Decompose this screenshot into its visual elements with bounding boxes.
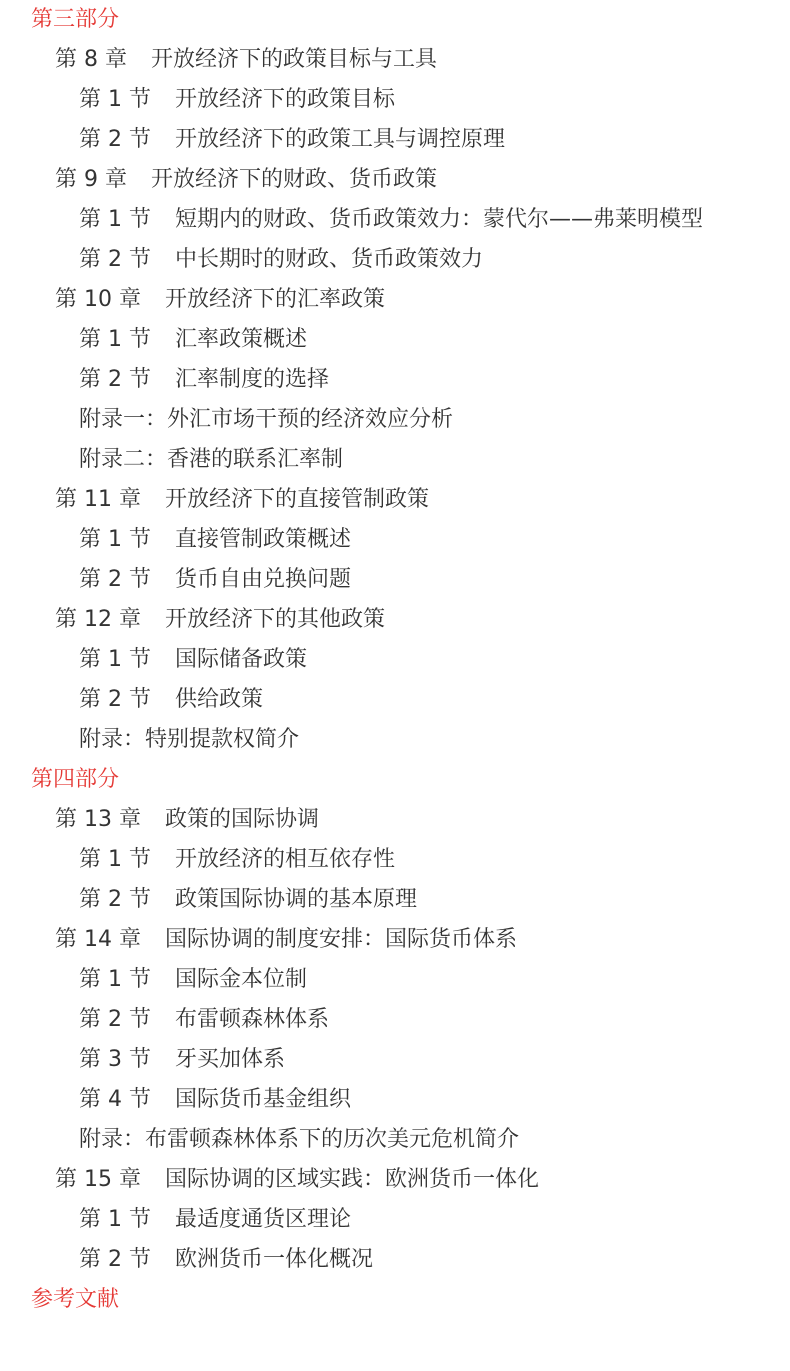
section-title: 供给政策 bbox=[175, 687, 263, 712]
chapter-number: 第 14 章 bbox=[55, 920, 141, 960]
toc-chapter-entry[interactable]: 第 11 章开放经济下的直接管制政策 bbox=[55, 480, 429, 520]
section-number: 第 2 节 bbox=[79, 680, 151, 720]
section-title: 开放经济下的政策工具与调控原理 bbox=[175, 127, 505, 152]
toc-part-heading[interactable]: 第三部分 bbox=[31, 0, 119, 40]
section-number: 第 2 节 bbox=[79, 1000, 151, 1040]
chapter-number: 第 11 章 bbox=[55, 480, 141, 520]
section-number: 第 2 节 bbox=[79, 1240, 151, 1280]
chapter-number: 第 8 章 bbox=[55, 40, 127, 80]
chapter-title: 开放经济下的直接管制政策 bbox=[165, 487, 429, 512]
part-title: 第三部分 bbox=[31, 7, 119, 32]
section-number: 第 2 节 bbox=[79, 120, 151, 160]
part-title: 参考文献 bbox=[31, 1287, 119, 1312]
section-title: 附录：特别提款权简介 bbox=[79, 727, 299, 752]
section-title: 附录二：香港的联系汇率制 bbox=[79, 447, 343, 472]
section-title: 直接管制政策概述 bbox=[175, 527, 351, 552]
toc-section-entry[interactable]: 第 2 节欧洲货币一体化概况 bbox=[79, 1240, 373, 1280]
toc-section-entry[interactable]: 第 2 节中长期时的财政、货币政策效力 bbox=[79, 240, 483, 280]
chapter-number: 第 13 章 bbox=[55, 800, 141, 840]
toc-section-entry[interactable]: 第 2 节开放经济下的政策工具与调控原理 bbox=[79, 120, 505, 160]
section-title: 货币自由兑换问题 bbox=[175, 567, 351, 592]
section-title: 汇率政策概述 bbox=[175, 327, 307, 352]
toc-chapter-entry[interactable]: 第 15 章国际协调的区域实践：欧洲货币一体化 bbox=[55, 1160, 539, 1200]
chapter-title: 政策的国际协调 bbox=[165, 807, 319, 832]
section-number: 第 2 节 bbox=[79, 360, 151, 400]
section-number: 第 1 节 bbox=[79, 840, 151, 880]
toc-section-entry[interactable]: 第 1 节最适度通货区理论 bbox=[79, 1200, 351, 1240]
section-number: 第 1 节 bbox=[79, 640, 151, 680]
toc-section-entry[interactable]: 附录一：外汇市场干预的经济效应分析 bbox=[79, 400, 453, 440]
toc-section-entry[interactable]: 附录：布雷顿森林体系下的历次美元危机简介 bbox=[79, 1120, 519, 1160]
toc-chapter-entry[interactable]: 第 9 章开放经济下的财政、货币政策 bbox=[55, 160, 437, 200]
section-title: 中长期时的财政、货币政策效力 bbox=[175, 247, 483, 272]
chapter-number: 第 9 章 bbox=[55, 160, 127, 200]
toc-section-entry[interactable]: 第 1 节国际储备政策 bbox=[79, 640, 307, 680]
toc-section-entry[interactable]: 第 1 节开放经济的相互依存性 bbox=[79, 840, 395, 880]
toc-section-entry[interactable]: 第 1 节短期内的财政、货币政策效力：蒙代尔——弗莱明模型 bbox=[79, 200, 703, 240]
section-title: 附录一：外汇市场干预的经济效应分析 bbox=[79, 407, 453, 432]
part-title: 第四部分 bbox=[31, 767, 119, 792]
section-title: 国际金本位制 bbox=[175, 967, 307, 992]
section-number: 第 1 节 bbox=[79, 320, 151, 360]
section-title: 开放经济的相互依存性 bbox=[175, 847, 395, 872]
toc-chapter-entry[interactable]: 第 14 章国际协调的制度安排：国际货币体系 bbox=[55, 920, 517, 960]
section-number: 第 1 节 bbox=[79, 1200, 151, 1240]
toc-section-entry[interactable]: 第 2 节货币自由兑换问题 bbox=[79, 560, 351, 600]
chapter-title: 国际协调的区域实践：欧洲货币一体化 bbox=[165, 1167, 539, 1192]
chapter-title: 开放经济下的汇率政策 bbox=[165, 287, 385, 312]
section-title: 布雷顿森林体系 bbox=[175, 1007, 329, 1032]
toc-chapter-entry[interactable]: 第 8 章开放经济下的政策目标与工具 bbox=[55, 40, 437, 80]
section-number: 第 2 节 bbox=[79, 880, 151, 920]
toc-chapter-entry[interactable]: 第 13 章政策的国际协调 bbox=[55, 800, 319, 840]
chapter-number: 第 15 章 bbox=[55, 1160, 141, 1200]
toc-section-entry[interactable]: 附录：特别提款权简介 bbox=[79, 720, 299, 760]
chapter-title: 国际协调的制度安排：国际货币体系 bbox=[165, 927, 517, 952]
section-number: 第 1 节 bbox=[79, 960, 151, 1000]
section-title: 国际储备政策 bbox=[175, 647, 307, 672]
section-number: 第 4 节 bbox=[79, 1080, 151, 1120]
toc-section-entry[interactable]: 第 4 节国际货币基金组织 bbox=[79, 1080, 351, 1120]
toc-chapter-entry[interactable]: 第 10 章开放经济下的汇率政策 bbox=[55, 280, 385, 320]
chapter-number: 第 10 章 bbox=[55, 280, 141, 320]
section-title: 欧洲货币一体化概况 bbox=[175, 1247, 373, 1272]
section-number: 第 2 节 bbox=[79, 560, 151, 600]
section-number: 第 1 节 bbox=[79, 80, 151, 120]
section-title: 牙买加体系 bbox=[175, 1047, 285, 1072]
toc-chapter-entry[interactable]: 第 12 章开放经济下的其他政策 bbox=[55, 600, 385, 640]
section-number: 第 1 节 bbox=[79, 200, 151, 240]
chapter-title: 开放经济下的财政、货币政策 bbox=[151, 167, 437, 192]
section-number: 第 2 节 bbox=[79, 240, 151, 280]
chapter-number: 第 12 章 bbox=[55, 600, 141, 640]
toc-section-entry[interactable]: 第 2 节汇率制度的选择 bbox=[79, 360, 329, 400]
section-number: 第 1 节 bbox=[79, 520, 151, 560]
chapter-title: 开放经济下的其他政策 bbox=[165, 607, 385, 632]
toc-section-entry[interactable]: 附录二：香港的联系汇率制 bbox=[79, 440, 343, 480]
toc-section-entry[interactable]: 第 1 节国际金本位制 bbox=[79, 960, 307, 1000]
toc-part-heading[interactable]: 第四部分 bbox=[31, 760, 119, 800]
section-title: 短期内的财政、货币政策效力：蒙代尔——弗莱明模型 bbox=[175, 207, 703, 232]
toc-section-entry[interactable]: 第 2 节布雷顿森林体系 bbox=[79, 1000, 329, 1040]
section-title: 政策国际协调的基本原理 bbox=[175, 887, 417, 912]
section-title: 开放经济下的政策目标 bbox=[175, 87, 395, 112]
chapter-title: 开放经济下的政策目标与工具 bbox=[151, 47, 437, 72]
section-title: 附录：布雷顿森林体系下的历次美元危机简介 bbox=[79, 1127, 519, 1152]
toc-part-heading[interactable]: 参考文献 bbox=[31, 1280, 119, 1320]
section-title: 国际货币基金组织 bbox=[175, 1087, 351, 1112]
toc-section-entry[interactable]: 第 1 节直接管制政策概述 bbox=[79, 520, 351, 560]
toc-section-entry[interactable]: 第 3 节牙买加体系 bbox=[79, 1040, 285, 1080]
toc-section-entry[interactable]: 第 1 节汇率政策概述 bbox=[79, 320, 307, 360]
toc-section-entry[interactable]: 第 2 节供给政策 bbox=[79, 680, 263, 720]
section-title: 最适度通货区理论 bbox=[175, 1207, 351, 1232]
section-title: 汇率制度的选择 bbox=[175, 367, 329, 392]
section-number: 第 3 节 bbox=[79, 1040, 151, 1080]
toc-section-entry[interactable]: 第 1 节开放经济下的政策目标 bbox=[79, 80, 395, 120]
toc-section-entry[interactable]: 第 2 节政策国际协调的基本原理 bbox=[79, 880, 417, 920]
